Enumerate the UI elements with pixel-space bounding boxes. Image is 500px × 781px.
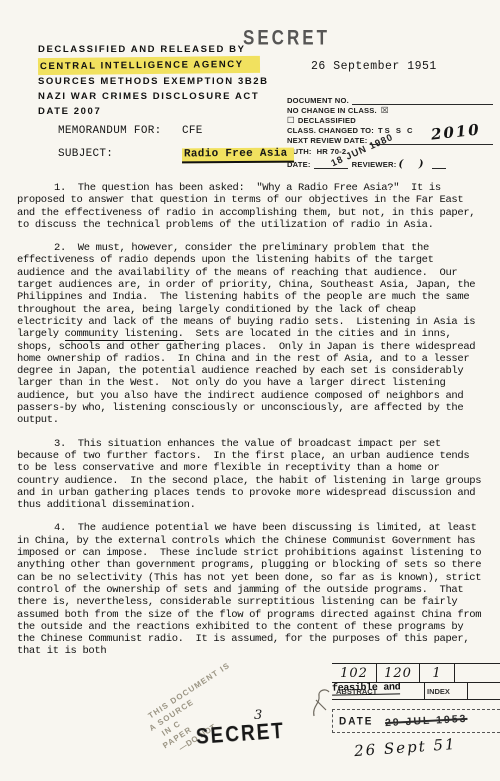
classification-review-stamp: DOCUMENT NO. NO CHANGE IN CLASS. ☒ ☐ DEC… — [287, 96, 493, 170]
memo-body: 1. The question has been asked: "Why a R… — [17, 182, 483, 669]
routing-date-label: DATE — [333, 715, 373, 727]
secret-stamp-bottom: SECRET — [195, 719, 286, 750]
handwritten-scribble — [310, 686, 334, 720]
declassification-stamp: DECLASSIFIED AND RELEASED BY CENTRAL INT… — [38, 42, 269, 119]
routing-cell: 1 — [420, 664, 455, 682]
declassification-line: DECLASSIFIED AND RELEASED BY — [38, 42, 269, 57]
next-review-handwritten-value: 2010 — [431, 124, 482, 139]
paragraph-4: 4. The audience potential we have been d… — [17, 522, 483, 657]
declassification-line: DATE 2007 — [38, 104, 269, 119]
document-date: 26 September 1951 — [311, 60, 437, 73]
paragraph-3: 3. This situation enhances the value of … — [17, 438, 483, 512]
routing-cell — [455, 664, 499, 682]
memo-for-label: MEMORANDUM FOR: — [58, 125, 162, 137]
paragraph-2-text: 2. We must, however, consider the prelim… — [17, 242, 481, 340]
underlined-phrase: community listening. — [65, 328, 184, 341]
typed-overlap-text: feasible and — [332, 682, 401, 695]
blank-line — [432, 168, 446, 169]
subject-row: SUBJECT: Radio Free Asia — [58, 148, 113, 160]
index-label: INDEX — [425, 683, 468, 699]
routing-label-row: ABSTRACT INDEX feasible and — [332, 683, 500, 700]
reviewer-label: REVIEWER: — [352, 160, 397, 170]
routing-number-row: 102 120 1 — [332, 663, 500, 683]
handwritten-note: 3 — [254, 708, 262, 723]
blank-line — [352, 104, 493, 105]
struck-date-stamp: 29 JUL 1953 — [385, 713, 468, 729]
subject-label: SUBJECT: — [58, 148, 113, 160]
document-page: SECRET DECLASSIFIED AND RELEASED BY CENT… — [0, 0, 500, 781]
declassification-line: SOURCES METHODS EXEMPTION 3B2B — [38, 74, 269, 89]
subject-value: Radio Free Asia — [182, 148, 294, 164]
document-no-label: DOCUMENT NO. — [287, 96, 349, 106]
paragraph-2: 2. We must, however, consider the prelim… — [17, 242, 483, 426]
reviewer-handwritten-mark: ( ) — [398, 160, 429, 170]
routing-date-row: DATE 29 JUL 1953 — [332, 709, 500, 733]
declassification-line-highlighted: CENTRAL INTELLIGENCE AGENCY — [38, 57, 269, 74]
paragraph-1: 1. The question has been asked: "Why a R… — [17, 182, 483, 231]
yellow-highlight: CENTRAL INTELLIGENCE AGENCY — [38, 56, 260, 75]
checkbox-icon: ☐ — [287, 117, 295, 126]
class-changed-label: CLASS. CHANGED TO: — [287, 126, 374, 136]
no-change-label: NO CHANGE IN CLASS. — [287, 106, 377, 116]
declassification-line: NAZI WAR CRIMES DISCLOSURE ACT — [38, 89, 269, 104]
memo-for-value: CFE — [182, 125, 203, 137]
routing-cell-empty — [468, 683, 500, 699]
blank-line — [314, 168, 348, 169]
declassified-label: DECLASSIFIED — [298, 116, 356, 126]
routing-cell: 102 — [332, 664, 377, 682]
handwritten-date: 26 Sept 51 — [354, 732, 500, 760]
paragraph-2-text: Sets are located in the cities and in in… — [17, 328, 481, 426]
routing-cell: 120 — [377, 664, 420, 682]
routing-stamp: 102 120 1 ABSTRACT INDEX feasible and DA… — [332, 663, 500, 755]
memo-for-row: MEMORANDUM FOR: CFE — [58, 125, 162, 137]
next-review-label: NEXT REVIEW DATE: — [287, 136, 367, 146]
checkbox-checked-icon: ☒ — [381, 107, 389, 116]
